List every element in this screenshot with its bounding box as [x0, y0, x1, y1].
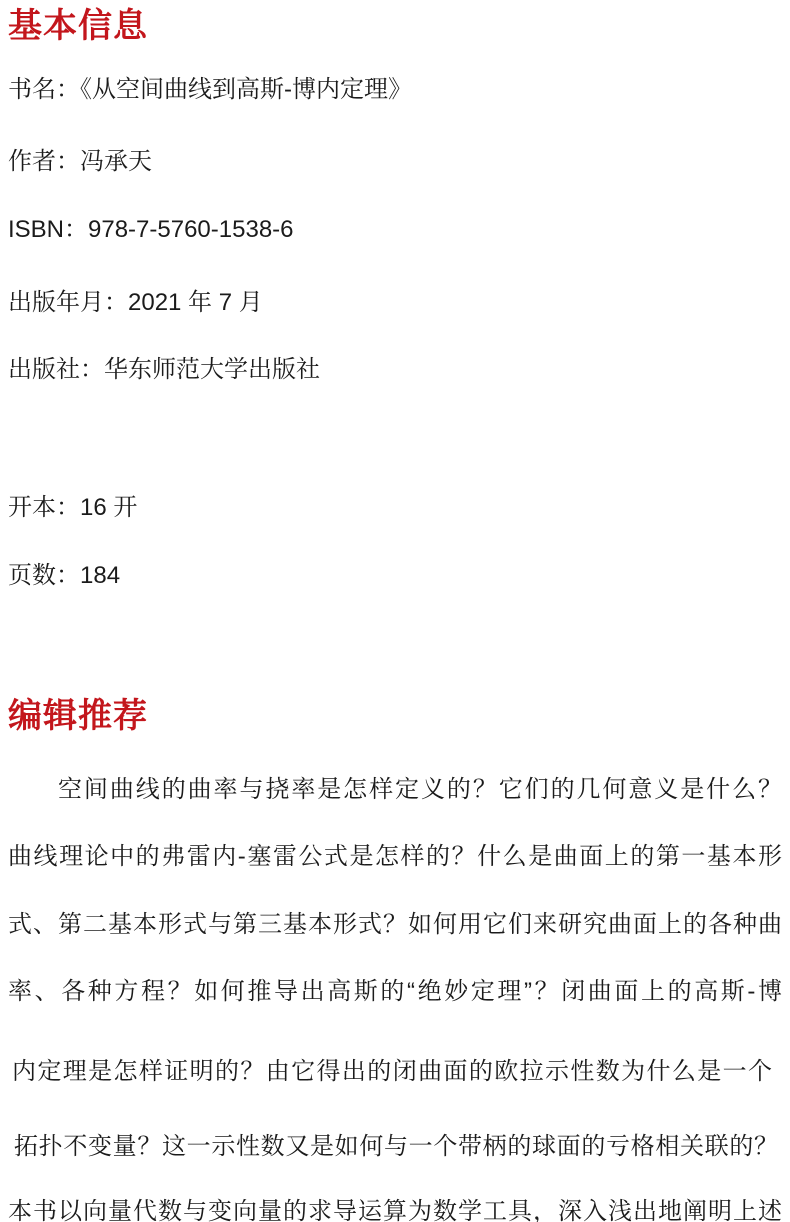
field-publisher: 出版社：华东师范大学出版社: [8, 353, 782, 387]
recommendation-text-line: 式、第二基本形式与第三基本形式？如何用它们来研究曲面上的各种曲: [8, 908, 782, 942]
field-page-count: 页数：184: [8, 559, 782, 593]
recommendation-text-line: 空间曲线的曲率与挠率是怎样定义的？它们的几何意义是什么？: [8, 773, 782, 807]
field-book-title: 书名：《从空间曲线到高斯-博内定理》: [8, 73, 782, 107]
field-author: 作者：冯承天: [8, 145, 782, 179]
recommendation-text-line: 拓扑不变量？这一示性数又是如何与一个带柄的球面的亏格相关联的？: [14, 1130, 778, 1164]
recommendation-text-line: 内定理是怎样证明的？由它得出的闭曲面的欧拉示性数为什么是一个: [12, 1055, 772, 1089]
field-isbn: ISBN：978-7-5760-1538-6: [8, 213, 782, 247]
field-format: 开本：16 开: [8, 491, 782, 525]
recommendation-text-line: 曲线理论中的弗雷内-塞雷公式是怎样的？什么是曲面上的第一基本形: [8, 840, 782, 874]
recommendation-text-line: 本书以向量代数与变向量的求导运算为数学工具，深入浅出地阐明上述: [8, 1195, 782, 1222]
recommendation-text-line: 率、各种方程？如何推导出高斯的“绝妙定理”？闭曲面上的高斯-博: [8, 975, 782, 1009]
section-heading-editor-recommendation: 编辑推荐: [8, 694, 148, 738]
field-publish-date: 出版年月：2021 年 7 月: [8, 286, 782, 320]
section-heading-basic-info: 基本信息: [8, 4, 148, 48]
book-detail-page: 基本信息 书名：《从空间曲线到高斯-博内定理》 作者：冯承天 ISBN：978-…: [0, 0, 790, 1222]
